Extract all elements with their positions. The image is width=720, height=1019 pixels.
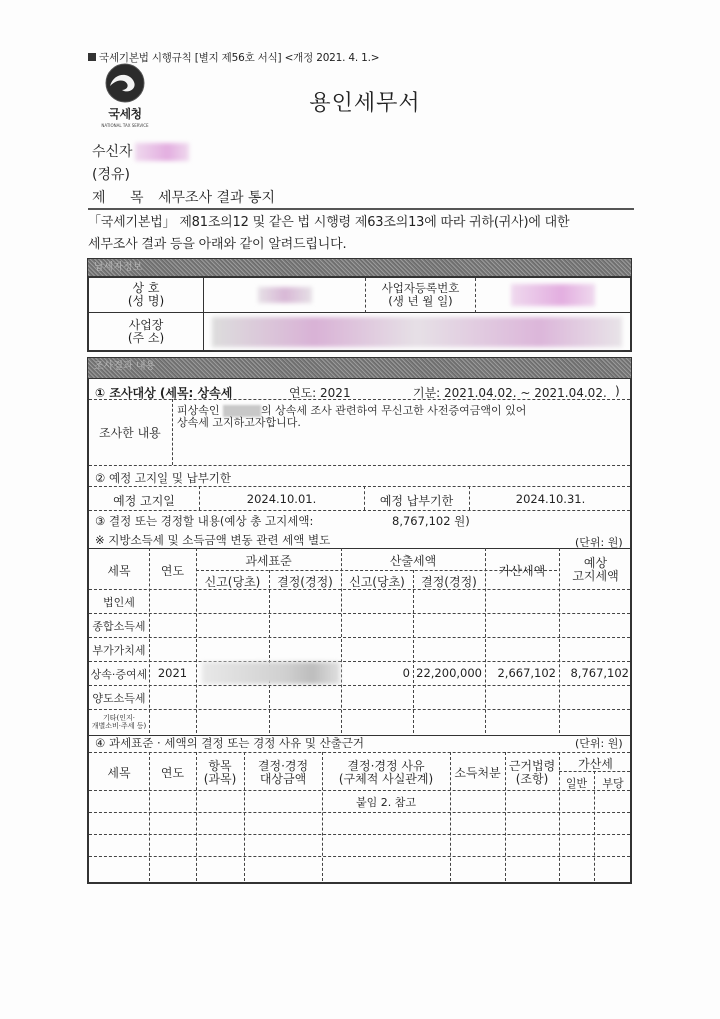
decision-row-divider (89, 685, 630, 686)
taxpayer-section-header: 납세자정보 (87, 258, 632, 277)
subject-label: 제 목 (92, 190, 154, 206)
header-reason-sub: (구체적 사실관계) (322, 770, 450, 787)
total-expected-amount: 8,767,102 원) (392, 513, 470, 529)
tax-audit-result-notice: 국세기본법 시행규칙 [별지 제56호 서식] <개정 2021. 4. 1.>… (0, 0, 720, 1019)
notice-title: ② 예정 고지일 및 납부기한 (95, 470, 231, 486)
grounds-row-divider (89, 812, 630, 813)
header-law-sub: (조항) (505, 770, 559, 787)
due-date-label: 예정 납부기한 (364, 492, 469, 509)
grounds-row-divider (89, 856, 630, 857)
grounds-title: ④ 과세표준 · 세액의 결정 또는 경정 사유 및 산출근거 (95, 735, 364, 751)
recipient-label: 수신자 (92, 144, 133, 160)
decision-title: ③ 결정 또는 경정할 내용(예상 총 고지세액: (95, 513, 313, 529)
decision-row-calc-decided: 22,200,000 (413, 666, 482, 680)
decision-row-calc-filed: 0 (341, 666, 410, 680)
via-line: (경유) (92, 164, 130, 184)
due-date-value: 2024.10.31. (469, 492, 632, 506)
recipient-redacted (135, 143, 189, 161)
audit-results-table: ① 조사대상 (세목: 상속세 연도: 2021 기분: 2021.04.02.… (87, 378, 632, 884)
decision-row-divider (89, 637, 630, 638)
decision-row-tax-item: 법인세 (89, 594, 149, 610)
decision-row-divider (89, 661, 630, 662)
notice-date-value: 2024.10.01. (199, 492, 364, 506)
decision-row-tax-item: 양도소득세 (89, 690, 149, 706)
header-tax-item: 세목 (89, 562, 149, 579)
recipient-line: 수신자 (92, 141, 189, 161)
decision-row-tax-item: 기타(인지·개별소비·주세 등) (89, 714, 149, 730)
header-penalty: 가산세 (559, 755, 632, 772)
decision-row-tax-item: 종합소득세 (89, 618, 149, 634)
header-penalty-general: 일반 (559, 775, 594, 791)
decision-row-penalty: 2,667,102 (485, 666, 556, 680)
intro-paragraph: 「국세기본법」 제81조의12 및 같은 법 시행령 제63조의13에 따라 귀… (88, 212, 648, 256)
address-label: 사업장 (주 소) (89, 313, 204, 350)
grounds-unit: (단위: 원) (575, 735, 623, 751)
header-amount-sub: 대상금액 (244, 770, 322, 787)
registration-redacted (511, 284, 595, 306)
decision-row-tax-item: 상속·증여세 (89, 666, 149, 682)
header-income-disposal: 소득처분 (450, 764, 505, 781)
header-calc-tax-filed: 신고(당초) (341, 573, 413, 590)
registration-value (476, 278, 630, 313)
grounds-row-divider (89, 790, 630, 791)
content-line2: 상속세 고지하고자합니다. (177, 414, 301, 430)
header-year: 연도 (149, 764, 196, 781)
address-redacted (212, 317, 622, 347)
square-bullet-icon (88, 53, 96, 61)
header-expected-2: 고지세액 (559, 567, 632, 584)
local-tax-note: ※ 지방소득세 및 소득금액 변동 관련 세액 별도 (95, 532, 330, 548)
notice-date-label: 예정 고지일 (89, 492, 199, 509)
decision-row-tax-item: 부가가치세 (89, 642, 149, 658)
header-calc-tax: 산출세액 (341, 552, 485, 569)
name-label: 상 호 (성 명) (89, 278, 204, 313)
taxpayer-info-table: 상 호 (성 명) 사업자등록번호 (생 년 월 일) 사업장 (주 소) (87, 276, 632, 352)
divider (88, 208, 634, 210)
decision-row-expected: 8,767,102 (559, 666, 629, 680)
decision-row-divider (89, 589, 630, 590)
decision-row-divider (89, 613, 630, 614)
name-value (204, 278, 366, 313)
office-title: 용인세무서 (0, 86, 720, 117)
name-redacted (258, 287, 312, 303)
decision-row-year: 2021 (149, 666, 196, 680)
subject-value: 세무조사 결과 통지 (158, 190, 275, 206)
results-section-header: 조사결과 내용 (87, 357, 632, 379)
header-year: 연도 (149, 562, 196, 579)
content-label: 조사한 내용 (99, 424, 161, 441)
decision-row-divider (89, 709, 630, 710)
header-item-sub: (과목) (196, 770, 244, 787)
header-tax-base-filed: 신고(당초) (196, 573, 269, 590)
subject-line: 제 목 세무조사 결과 통지 (92, 187, 275, 207)
header-penalty: 가산세액 (485, 562, 559, 579)
address-value (204, 313, 630, 350)
header-tax-base: 과세표준 (196, 552, 341, 569)
grounds-row-divider (89, 834, 630, 835)
header-tax-item: 세목 (89, 764, 149, 781)
tax-base-redacted (202, 662, 340, 684)
grounds-row-reason: 붙임 2. 참고 (322, 794, 450, 810)
logo-subtext: NATIONAL TAX SERVICE (95, 123, 155, 128)
header-penalty-unfair: 부당 (594, 775, 632, 791)
header-calc-tax-decided: 결정(경정) (413, 573, 485, 590)
registration-label: 사업자등록번호 (생 년 월 일) (366, 278, 476, 313)
header-tax-base-decided: 결정(경정) (269, 573, 341, 590)
